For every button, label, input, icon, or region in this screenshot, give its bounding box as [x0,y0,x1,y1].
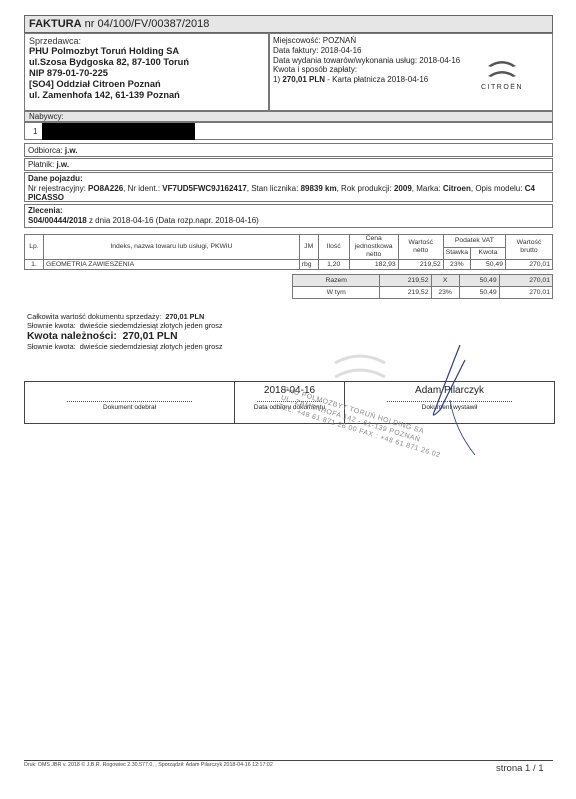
summary-vat: 50,49 [459,275,499,287]
seller-line: [SO4] Oddział Citroen Poznań [29,79,264,90]
year-label: , Rok produkcji: [337,184,394,193]
summary-label: Razem [293,275,380,287]
order-number: S04/00444/2018 [28,216,87,225]
col-name: Indeks, nazwa towaru lub usługi, PKWiU [44,235,300,260]
received-cell: Dokument odebrał [25,382,235,423]
row-jm: rbg [299,260,318,270]
summary-net: 219,52 [380,287,431,299]
payer-row: Płatnik: j.w. [24,158,553,171]
vin: VF7UD5FWC9J162417 [162,184,246,193]
col-vat-amount: Kwota [471,247,506,260]
col-jm: JM [299,235,318,260]
summary-rate: 23% [431,287,459,299]
brand-word: CITROËN [472,83,532,93]
row-unit-price: 182,93 [349,260,398,270]
reg-label: Nr rejestracyjny: [28,184,88,193]
col-net: Wartość netto [398,235,443,260]
words-line: Słownie kwota: dwieście siedemdziesiąt z… [27,322,223,331]
summary-row-breakdown: W tym 219,52 23% 50,49 270,01 [293,287,553,299]
buyer-row: 1 [24,122,553,140]
total-value: 270,01 PLN [165,312,204,321]
print-info: Druk: DMS JBR v. 2018 © J.B.R. Rogowiec … [24,762,273,768]
buyers-label: Nabywcy: [24,111,553,122]
orders-section: Zlecenia: S04/00444/2018 z dnia 2018-04-… [24,204,553,228]
col-qty: Ilość [318,235,349,260]
row-qty: 1,20 [318,260,349,270]
recipient-label: Odbiorca: [28,146,65,155]
watermark-chevrons-icon [330,345,390,385]
make-label: , Marka: [412,184,443,193]
summary-table: Razem 219,52 X 50,49 270,01 W tym 219,52… [292,274,553,299]
row-rate: 23% [443,260,470,270]
received-caption: Dokument odebrał [25,404,234,411]
page-number: strona 1 / 1 [496,763,544,774]
vin-label: , Nr ident.: [123,184,162,193]
invoice-title-prefix: FAKTURA [29,18,82,30]
citroen-chevrons-icon [482,54,522,80]
redacted-buyer [42,123,195,140]
payment-amount: 270,01 PLN [282,75,325,84]
payment-method: - Karta płatnicza 2018-04-16 [325,75,428,84]
make: Citroen [443,184,471,193]
seller-label: Sprzedawca: [29,36,264,46]
seller-line: PHU Polmozbyt Toruń Holding SA [29,46,264,57]
col-rate: Stawka [443,247,470,260]
seller-line: ul. Zamenhofa 142, 61-139 Poznań [29,90,264,101]
col-unit-price: Cena jednostkowa netto [349,235,398,260]
orders-label: Zlecenia: [28,206,63,215]
recipient-value: j.w. [65,146,78,155]
words-label: Słownie kwota: [27,321,76,330]
row-net: 219,52 [398,260,443,270]
summary-row-total: Razem 219,52 X 50,49 270,01 [293,275,553,287]
order-details: z dnia 2018-04-16 (Data rozp.napr. 2018-… [87,216,259,225]
summary-gross: 270,01 [499,287,552,299]
words2-value: dwieście siedemdziesiąt złotych jeden gr… [80,342,223,351]
row-gross: 270,01 [506,260,553,270]
vehicle-label: Dane pojazdu: [28,174,83,183]
summary-label: W tym [293,287,380,299]
items-table: Lp. Indeks, nazwa towaru lub usługi, PKW… [24,234,553,270]
vehicle-section: Dane pojazdu: Nr rejestracyjny: PO8A226,… [24,172,553,202]
place: Miejscowość: POZNAŃ [273,36,549,46]
invoice-meta: Miejscowość: POZNAŃ Data faktury: 2018-0… [269,33,553,111]
year: 2009 [394,184,412,193]
model-label: , Opis modelu: [471,184,525,193]
row-lp: 1. [25,260,44,270]
words-value: dwieście siedemdziesiąt złotych jeden gr… [80,321,223,330]
seller-line: ul.Szosa Bydgoska 82, 87-100 Toruń [29,57,264,68]
recipient-row: Odbiorca: j.w. [24,143,553,157]
invoice-title: FAKTURA nr 04/100/FV/00387/2018 [24,15,553,33]
col-lp: Lp. [25,235,44,260]
seller-line: NIP 879-01-70-225 [29,68,264,79]
words-line-2: Słownie kwota: dwieście siedemdziesiąt z… [27,343,223,352]
totals-section: Całkowita wartość dokumentu sprzedaży: 2… [27,313,223,351]
summary-gross: 270,01 [499,275,552,287]
col-vat-group: Podatek VAT [443,235,505,248]
payer-label: Płatnik: [28,160,56,169]
row-name: GEOMETRIA ZAWIESZENIA [44,260,300,270]
total-label: Całkowita wartość dokumentu sprzedaży: [27,312,161,321]
reg-number: PO8A226 [88,184,123,193]
odometer-label: , Stan licznika: [247,184,301,193]
citroen-logo: CITROËN [472,54,532,93]
summary-net: 219,52 [380,275,431,287]
row-vat-amount: 50,49 [471,260,506,270]
due-value: 270,01 PLN [123,331,178,342]
seller-section: Sprzedawca: PHU Polmozbyt Toruń Holding … [24,33,269,111]
payment-prefix: 1) [273,75,282,84]
footer-divider [24,760,553,761]
due-label: Kwota należności: [27,331,117,342]
table-row: 1. GEOMETRIA ZAWIESZENIA rbg 1,20 182,93… [25,260,553,270]
odometer: 89839 km [301,184,337,193]
payer-value: j.w. [56,160,69,169]
words2-label: Słownie kwota: [27,342,76,351]
summary-vat: 50,49 [459,287,499,299]
summary-rate: X [431,275,459,287]
invoice-number: nr 04/100/FV/00387/2018 [85,18,210,30]
col-gross: Wartość brutto [506,235,553,260]
buyer-index: 1 [33,127,37,136]
